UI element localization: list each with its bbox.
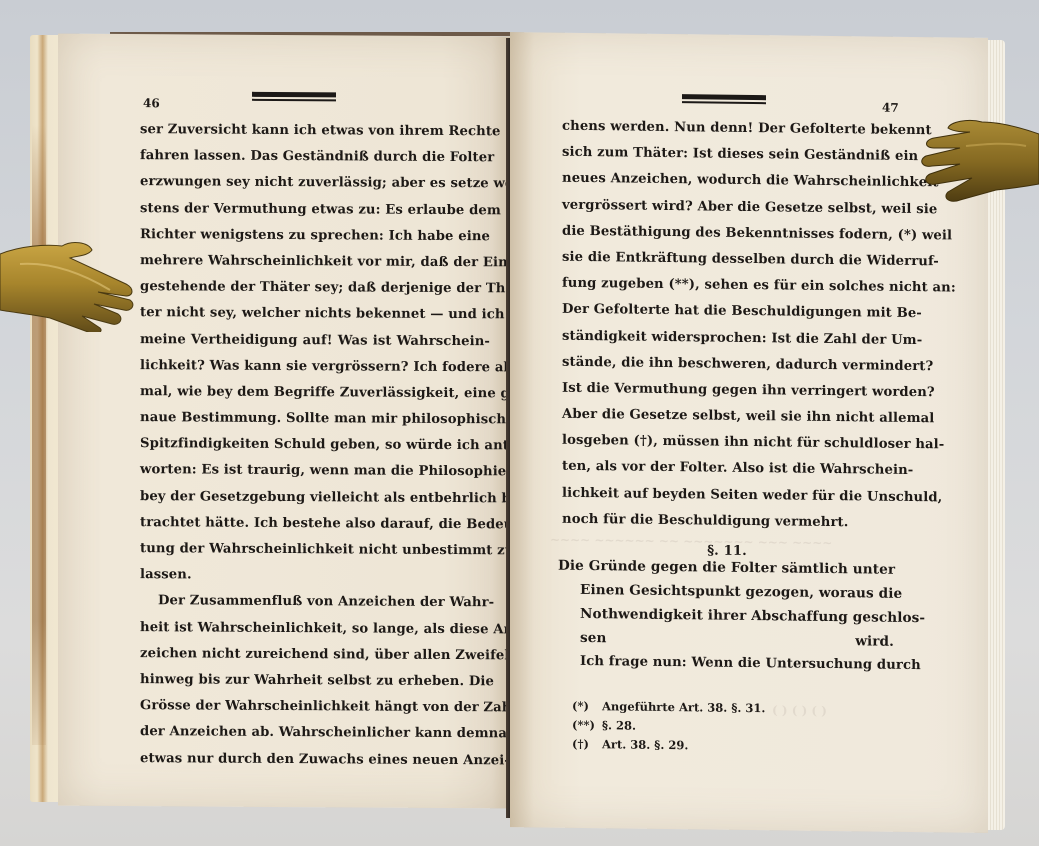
text-line: gestehende der Thäter sey; daß derjenige…	[140, 274, 490, 302]
hand-icon	[916, 116, 1039, 212]
text-line: ser Zuversicht kann ich etwas von ihrem …	[140, 117, 490, 145]
footnotes: (*)Angeführte Art. 38. §. 31. (**)§. 28.…	[572, 697, 765, 756]
footnote-mark: (†)	[572, 735, 602, 754]
text-line: stände, die ihn beschweren, dadurch verm…	[562, 349, 892, 379]
header-rule-right	[682, 94, 766, 104]
text-line: ten, als vor der Folter. Also ist die Wa…	[562, 454, 892, 484]
text-line: lichkeit auf beyden Seiten weder für die…	[562, 480, 892, 510]
text-line: naue Bestimmung. Sollte man mir philosop…	[140, 405, 490, 433]
brass-hand-page-holder-right	[916, 116, 1039, 212]
text-line: stens der Vermuthung etwas zu: Es erlaub…	[140, 196, 490, 224]
page-number-right: 47	[882, 101, 899, 115]
header-rule-left	[252, 92, 336, 102]
text-line: zeichen nicht zureichend sind, über alle…	[140, 641, 490, 669]
text-line: bey der Gesetzgebung vielleicht als entb…	[140, 484, 490, 512]
text-line: sich zum Thäter: Ist dieses sein Geständ…	[562, 140, 892, 170]
text-line: ständigkeit widersprochen: Ist die Zahl …	[562, 323, 892, 353]
footnote-text: §. 28.	[602, 718, 636, 732]
left-page: 46 ser Zuversicht kann ich etwas von ihr…	[58, 34, 510, 809]
text-line: mal, wie bey dem Begriffe Zuverlässigkei…	[140, 379, 490, 407]
text-line: hinweg bis zur Wahrheit selbst zu erhebe…	[140, 667, 490, 695]
text-line: Aber die Gesetze selbst, weil sie ihn ni…	[562, 402, 892, 432]
show-through-impression: ( ) ( ) ( )	[772, 703, 827, 718]
text-line: worten: Es ist traurig, wenn man die Phi…	[140, 458, 490, 486]
text-line: mehrere Wahrscheinlichkeit vor mir, daß …	[140, 248, 490, 276]
section-heading: Die Gründe gegen die Folter sämtlich unt…	[558, 554, 894, 654]
text-line: erzwungen sey nicht zuverlässig; aber es…	[140, 169, 490, 197]
text-line: tung der Wahrscheinlichkeit nicht unbest…	[140, 536, 490, 564]
text-line: Ist die Vermuthung gegen ihn verringert …	[562, 376, 892, 406]
section-body: Ich frage nun: Wenn die Untersuchung dur…	[562, 649, 892, 679]
book-gutter	[506, 38, 510, 818]
text-line: der Anzeichen ab. Wahrscheinlicher kann …	[140, 719, 490, 747]
page-number-left: 46	[143, 96, 160, 110]
hand-icon	[0, 232, 140, 332]
text-line: trachtet hätte. Ich bestehe also darauf,…	[140, 510, 490, 538]
text-line: noch für die Beschuldigung vermehrt.	[562, 507, 892, 537]
text-line: Ich frage nun: Wenn die Untersuchung dur…	[562, 649, 892, 679]
footnote-mark: (*)	[572, 697, 602, 716]
leather-spine-stain	[32, 125, 46, 745]
text-line: Der Gefolterte hat die Beschuldigungen m…	[562, 297, 892, 327]
brass-hand-page-holder-left	[0, 232, 140, 332]
text-line: meine Vertheidigung auf! Was ist Wahrsch…	[140, 327, 490, 355]
right-page-body: chens werden. Nun denn! Der Gefolterte b…	[562, 114, 892, 567]
footnote-mark: (**)	[572, 716, 602, 735]
text-line: heit ist Wahrscheinlichkeit, so lange, a…	[140, 615, 490, 643]
footnote-text: Art. 38. §. 29.	[602, 737, 688, 752]
text-line: die Bestäthigung des Bekenntnisses foder…	[562, 218, 892, 248]
text-line: sie die Entkräftung desselben durch die …	[562, 245, 892, 275]
text-line: Richter wenigstens zu sprechen: Ich habe…	[140, 222, 490, 250]
text-line: Spitzfindigkeiten Schuld geben, so würde…	[140, 431, 490, 459]
text-line: fahren lassen. Das Geständniß durch die …	[140, 143, 490, 171]
text-line: etwas nur durch den Zuwachs eines neuen …	[140, 746, 490, 774]
text-line: vergrössert wird? Aber die Gesetze selbs…	[562, 192, 892, 222]
left-page-body: ser Zuversicht kann ich etwas von ihrem …	[140, 117, 490, 774]
text-line: neues Anzeichen, wodurch die Wahrscheinl…	[562, 166, 892, 196]
footnote: (*)Angeführte Art. 38. §. 31.	[572, 697, 765, 718]
text-line: Grösse der Wahrscheinlichkeit hängt von …	[140, 693, 490, 721]
text-line: fung zugeben (**), sehen es für ein solc…	[562, 271, 892, 301]
footnote-text: Angeführte Art. 38. §. 31.	[602, 699, 765, 715]
text-line: lichkeit? Was kann sie vergrössern? Ich …	[140, 353, 490, 381]
text-line: ter nicht sey, welcher nichts bekennet —…	[140, 300, 490, 328]
footnote: (†)Art. 38. §. 29.	[572, 735, 765, 756]
footnote: (**)§. 28.	[572, 716, 765, 737]
photo-scene: 46 ser Zuversicht kann ich etwas von ihr…	[0, 0, 1039, 846]
text-line: Der Zusammenfluß von Anzeichen der Wahr-	[140, 588, 490, 616]
text-line: chens werden. Nun denn! Der Gefolterte b…	[562, 114, 892, 144]
text-line: lassen.	[140, 562, 490, 590]
text-line: losgeben (†), müssen ihn nicht für schul…	[562, 428, 892, 458]
